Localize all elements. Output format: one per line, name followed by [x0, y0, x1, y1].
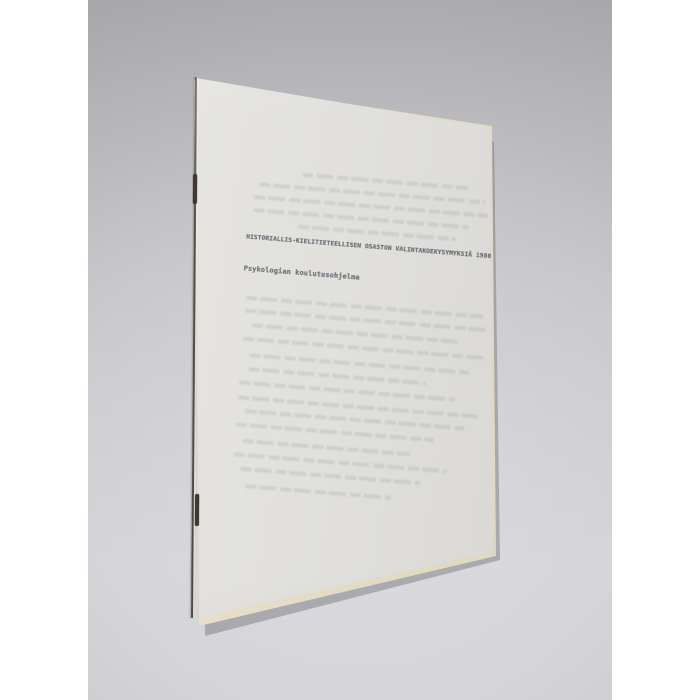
ghost-text-line — [243, 439, 411, 456]
photo-background: HISTORIALLIS-KIELITIETEELLISEN OSASTON V… — [88, 0, 612, 700]
ghost-text-line — [245, 484, 391, 500]
booklet-cover-content: HISTORIALLIS-KIELITIETEELLISEN OSASTON V… — [172, 150, 525, 594]
staple-bottom — [195, 494, 199, 526]
ghost-text-line — [240, 467, 420, 485]
staple-top — [193, 174, 197, 204]
booklet-subtitle: Psykologian koulutusohjelma — [243, 264, 360, 281]
product-photo: HISTORIALLIS-KIELITIETEELLISEN OSASTON V… — [0, 0, 700, 700]
